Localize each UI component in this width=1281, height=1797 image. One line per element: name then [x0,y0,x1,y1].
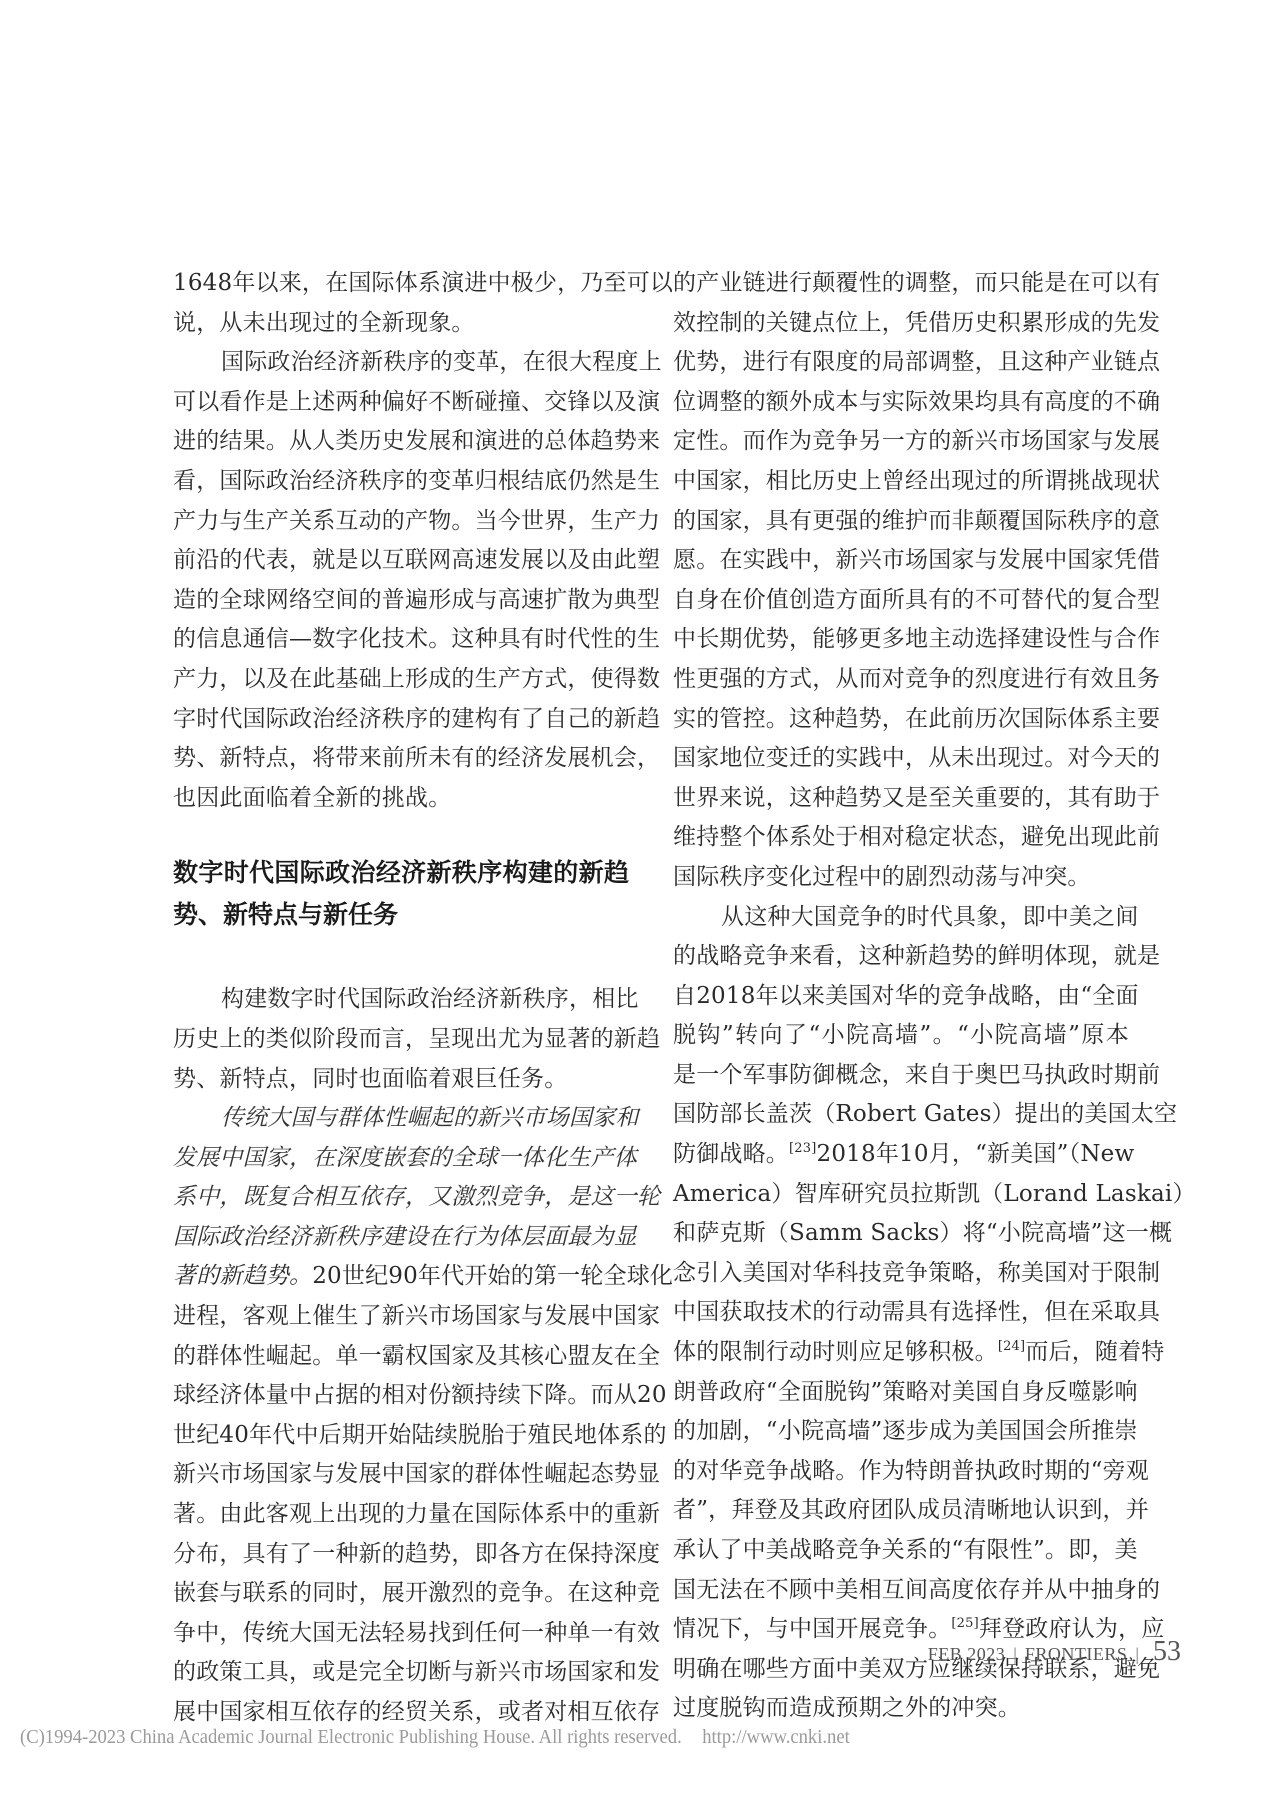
text-line: 国无法在不顾中美相互间高度依存并从中抽身的 [673,1571,1129,1611]
issue-date: FEB 2023 [928,1644,1006,1665]
text-line: 定性。而作为竞争另一方的新兴市场国家与发展 [673,422,1129,462]
text-line: 历史上的类似阶段而言，呈现出尤为显著的新趋 [173,1020,629,1060]
text-line: 愿。在实践中，新兴市场国家与发展中国家凭借 [673,541,1129,581]
text-line: 著。由此客观上出现的力量在国际体系中的重新 [173,1495,629,1535]
paragraph: 从这种大国竞争的时代具象，即中美之间 的战略竞争来看，这种新趋势的鲜明体现，就是… [673,898,1129,1729]
copyright-text: (C)1994-2023 China Academic Journal Elec… [20,1726,682,1748]
normal-text: 20世纪90年代开始的第一轮全球化 [312,1263,673,1289]
section-heading: 数字时代国际政治经济新秩序构建的新趋 势、新特点与新任务 [173,852,629,936]
text-line-with-citation: 体的限制行动时则应足够积极。[24]而后，随着特 [673,1333,1129,1373]
folio-separator: | [1135,1644,1139,1665]
text-line: 产力与生产关系互动的产物。当今世界，生产力 [173,502,629,542]
paragraph: 传统大国与群体性崛起的新兴市场国家和 发展中国家，在深度嵌套的全球一体化生产体 … [173,1099,629,1733]
text-line: 念引入美国对华科技竞争策略，称美国对于限制 [673,1254,1129,1294]
spacer [173,818,629,852]
text-line: 势、新特点，将带来前所未有的经济发展机会， [173,739,629,779]
citation-ref-25[interactable]: [25] [951,1616,979,1631]
text-line: 承认了中美战略竞争关系的“有限性”。即，美 [673,1531,1129,1571]
paragraph-continuation: 的产业链进行颠覆性的调整，而只能是在可以有 效控制的关键点位上，凭借历史积累形成… [673,264,1129,898]
text-line: 的国家，具有更强的维护而非颠覆国际秩序的意 [673,502,1129,542]
mixed-line: 著的新趋势。20世纪90年代开始的第一轮全球化 [173,1257,629,1297]
text-line: 世纪40年代中后期开始陆续脱胎于殖民地体系的 [173,1416,629,1456]
folio-separator: | [1013,1644,1017,1665]
text-line: 争中，传统大国无法轻易找到任何一种单一有效 [173,1614,629,1654]
citation-ref-24[interactable]: [24] [998,1339,1026,1354]
left-column: 1648年以来，在国际体系演进中极少，乃至可以 说，从未出现过的全新现象。 国际… [173,264,629,1733]
text-line: 国防部长盖茨（Robert Gates）提出的美国太空 [673,1095,1129,1135]
text-line: 可以看作是上述两种偏好不断碰撞、交锋以及演 [173,383,629,423]
text-line: 的产业链进行颠覆性的调整，而只能是在可以有 [673,264,1129,304]
text-line: 自身在价值创造方面所具有的不可替代的复合型 [673,581,1129,621]
text-line: 新兴市场国家与发展中国家的群体性崛起态势显 [173,1455,629,1495]
emphasis-line: 系中，既复合相互依存，又激烈竞争，是这一轮 [173,1178,629,1218]
heading-line: 数字时代国际政治经济新秩序构建的新趋 [173,852,629,894]
text-line: 产力，以及在此基础上形成的生产方式，使得数 [173,660,629,700]
paragraph: 构建数字时代国际政治经济新秩序，相比 历史上的类似阶段而言，呈现出尤为显著的新趋… [173,980,629,1099]
text-line: America）智库研究员拉斯凯（Lorand Laskai） [673,1175,1129,1215]
text-line: 国际政治经济新秩序的变革，在很大程度上 [173,343,629,383]
text-line: 造的全球网络空间的普遍形成与高速扩散为典型 [173,581,629,621]
magazine-name: FRONTIERS [1025,1644,1128,1665]
text-line: 和萨克斯（Samm Sacks）将“小院高墙”这一概 [673,1214,1129,1254]
text-line: 球经济体量中占据的相对份额持续下降。而从20 [173,1376,629,1416]
text-line: 字时代国际政治经济秩序的建构有了自己的新趋 [173,700,629,740]
text-line: 的政策工具，或是完全切断与新兴市场国家和发 [173,1653,629,1693]
text-line: 是一个军事防御概念，来自于奥巴马执政时期前 [673,1056,1129,1096]
emphasis-line: 国际政治经济新秩序建设在行为体层面最为显 [173,1218,629,1258]
text-line: 1648年以来，在国际体系演进中极少，乃至可以 [173,264,629,304]
text-line: 的群体性崛起。单一霸权国家及其核心盟友在全 [173,1337,629,1377]
text-line: 过度脱钩而造成预期之外的冲突。 [673,1689,1129,1729]
text-line: 国际秩序变化过程中的剧烈动荡与冲突。 [673,858,1129,898]
text-line: 中国获取技术的行动需具有选择性，但在采取具 [673,1293,1129,1333]
text-line: 构建数字时代国际政治经济新秩序，相比 [173,980,629,1020]
text-segment: 防御战略。 [673,1141,789,1167]
text-segment: 而后，随着特 [1025,1339,1164,1365]
spacer [173,936,629,980]
text-line: 进程，客观上催生了新兴市场国家与发展中国家 [173,1297,629,1337]
text-line: 效控制的关键点位上，凭借历史积累形成的先发 [673,304,1129,344]
text-line: 也因此面临着全新的挑战。 [173,779,629,819]
text-segment: 2018年10月，“新美国”（New [817,1141,1135,1167]
text-line: 的加剧，“小院高墙”逐步成为美国国会所推崇 [673,1412,1129,1452]
citation-ref-23[interactable]: [23] [789,1141,817,1156]
cnki-link[interactable]: http://www.cnki.net [702,1726,850,1748]
text-line: 分布，具有了一种新的趋势，即各方在保持深度 [173,1535,629,1575]
text-line: 前沿的代表，就是以互联网高速发展以及由此塑 [173,541,629,581]
text-line: 世界来说，这种趋势又是至关重要的，其有助于 [673,779,1129,819]
text-line: 者”，拜登及其政府团队成员清晰地认识到，并 [673,1491,1129,1531]
text-line: 的对华竞争战略。作为特朗普执政时期的“旁观 [673,1452,1129,1492]
text-line: 维持整个体系处于相对稳定状态，避免出现此前 [673,818,1129,858]
text-line: 中长期优势，能够更多地主动选择建设性与合作 [673,620,1129,660]
text-segment: 体的限制行动时则应足够积极。 [673,1339,998,1365]
heading-line: 势、新特点与新任务 [173,894,629,936]
paragraph: 国际政治经济新秩序的变革，在很大程度上 可以看作是上述两种偏好不断碰撞、交锋以及… [173,343,629,818]
text-line: 进的结果。从人类历史发展和演进的总体趋势来 [173,422,629,462]
page-folio: FEB 2023 | FRONTIERS | 53 [928,1636,1181,1668]
text-line: 势、新特点，同时也面临着艰巨任务。 [173,1060,629,1100]
text-line: 看，国际政治经济秩序的变革归根结底仍然是生 [173,462,629,502]
right-column: 的产业链进行颠覆性的调整，而只能是在可以有 效控制的关键点位上，凭借历史积累形成… [673,264,1129,1729]
text-segment: 情况下，与中国开展竞争。 [673,1616,951,1642]
text-line: 朗普政府“全面脱钩”策略对美国自身反噬影响 [673,1373,1129,1413]
text-line: 说，从未出现过的全新现象。 [173,304,629,344]
page-number: 53 [1153,1636,1181,1668]
emphasis-text: 著的新趋势。 [173,1263,312,1289]
text-line: 实的管控。这种趋势，在此前历次国际体系主要 [673,700,1129,740]
text-line: 自2018年以来美国对华的竞争战略，由“全面 [673,977,1129,1017]
text-line: 优势，进行有限度的局部调整，且这种产业链点 [673,343,1129,383]
text-line: 国家地位变迁的实践中，从未出现过。对今天的 [673,739,1129,779]
emphasis-line: 发展中国家，在深度嵌套的全球一体化生产体 [173,1139,629,1179]
emphasis-line: 传统大国与群体性崛起的新兴市场国家和 [173,1099,629,1139]
text-line: 性更强的方式，从而对竞争的烈度进行有效且务 [673,660,1129,700]
journal-page: 1648年以来，在国际体系演进中极少，乃至可以 说，从未出现过的全新现象。 国际… [0,0,1281,1797]
copyright-footer: (C)1994-2023 China Academic Journal Elec… [20,1726,850,1749]
paragraph-continuation: 1648年以来，在国际体系演进中极少，乃至可以 说，从未出现过的全新现象。 [173,264,629,343]
text-line: 嵌套与联系的同时，展开激烈的竞争。在这种竞 [173,1574,629,1614]
text-line: 脱钩”转向了“小院高墙”。“小院高墙”原本 [673,1016,1129,1056]
text-line-with-citation: 防御战略。[23]2018年10月，“新美国”（New [673,1135,1129,1175]
text-line: 位调整的额外成本与实际效果均具有高度的不确 [673,383,1129,423]
text-line: 的信息通信—数字化技术。这种具有时代性的生 [173,620,629,660]
text-line: 的战略竞争来看，这种新趋势的鲜明体现，就是 [673,937,1129,977]
text-line: 中国家，相比历史上曾经出现过的所谓挑战现状 [673,462,1129,502]
text-line: 从这种大国竞争的时代具象，即中美之间 [673,898,1129,938]
